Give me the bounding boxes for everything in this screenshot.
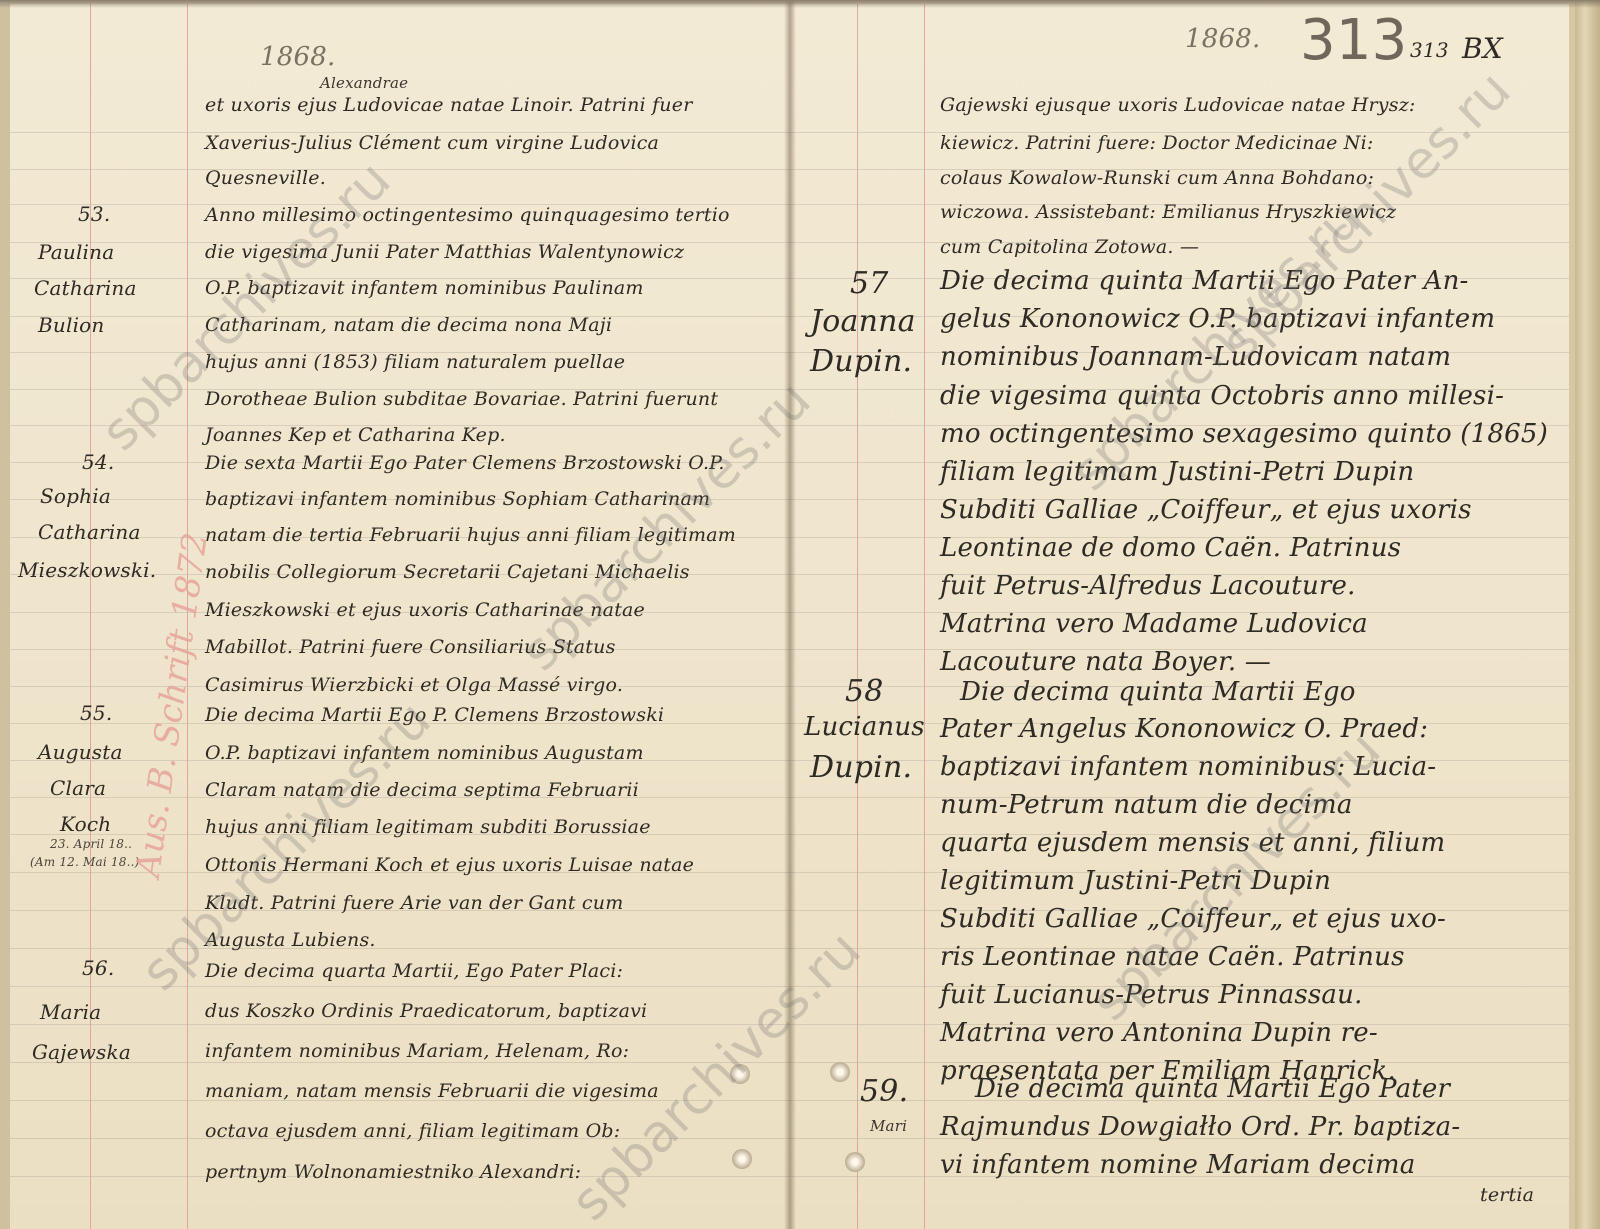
year-header: 1868. bbox=[260, 42, 335, 72]
entry-text-line: Lacouture nata Boyer. — bbox=[940, 647, 1271, 677]
entry-text-line: Augusta Lubiens. bbox=[205, 929, 376, 951]
entry-text-line: Joannes Kep et Catharina Kep. bbox=[205, 424, 506, 446]
entry-number: 56. bbox=[82, 956, 114, 980]
entry-text-line: die vigesima quinta Octobris anno milles… bbox=[940, 381, 1504, 411]
entry-text-line: ris Leontinae natae Caën. Patrinus bbox=[940, 942, 1405, 972]
entry-text-line: Die decima quinta Martii Ego bbox=[960, 677, 1356, 707]
entry-text-line: natam die tertia Februarii hujus anni fi… bbox=[205, 524, 736, 546]
entry-text-line: Die decima quarta Martii, Ego Pater Plac… bbox=[205, 960, 623, 982]
entry-text-line: baptizavi infantem nominibus: Lucia- bbox=[940, 752, 1436, 782]
entry-text-line: Catharinam, natam die decima nona Maji bbox=[205, 314, 612, 336]
entry-text-line: Subditi Galliae „Coiffeur„ et ejus uxori… bbox=[940, 495, 1472, 525]
entry-text-line: Casimirus Wierzbicki et Olga Massé virgo… bbox=[205, 674, 623, 696]
entry-number: 59. bbox=[860, 1074, 908, 1109]
folio-mark: BX bbox=[1462, 32, 1503, 65]
year-header: 1868. bbox=[1185, 24, 1260, 54]
margin-note: (Am 12. Mai 18..) bbox=[30, 855, 140, 869]
top-shadow bbox=[0, 0, 1600, 8]
entry-text-line: Matrina vero Madame Ludovica bbox=[940, 609, 1368, 639]
entry-name-line: Koch bbox=[60, 812, 111, 836]
entry-text-line: hujus anni (1853) filiam naturalem puell… bbox=[205, 351, 625, 373]
continuation-line: colaus Kowalow-Runski cum Anna Bohdano: bbox=[940, 167, 1374, 189]
paper-hole bbox=[730, 1064, 750, 1084]
red-stamp-annotation: Aus. B. Schrift 1872 bbox=[128, 530, 216, 879]
entry-text-line: dus Koszko Ordinis Praedicatorum, baptiz… bbox=[205, 1000, 647, 1022]
entry-text-line: Die decima quinta Martii Ego Pater An- bbox=[940, 266, 1469, 296]
entry-name-line: Mieszkowski. bbox=[18, 558, 156, 582]
entry-number: 57 bbox=[850, 266, 889, 301]
entry-name-line: Clara bbox=[50, 776, 106, 800]
entry-text-line: pertnym Wolnonamiestniko Alexandri: bbox=[205, 1161, 581, 1183]
entry-text-line: nobilis Collegiorum Secretarii Cajetani … bbox=[205, 561, 690, 583]
entry-text-line: legitimum Justini-Petri Dupin bbox=[940, 866, 1331, 896]
paper-hole bbox=[830, 1062, 850, 1082]
entry-name-line: Dupin. bbox=[810, 344, 912, 379]
entry-text-line: Die decima Martii Ego P. Clemens Brzosto… bbox=[205, 704, 664, 726]
entry-text-line: filiam legitimam Justini-Petri Dupin bbox=[940, 457, 1414, 487]
page-edges bbox=[1575, 0, 1600, 1229]
entry-text-line: Rajmundus Dowgiałło Ord. Pr. baptiza- bbox=[940, 1112, 1460, 1142]
entry-name-line: Maria bbox=[40, 1000, 101, 1024]
paper-hole bbox=[845, 1152, 865, 1172]
entry-text-line: Subditi Galliae „Coiffeur„ et ejus uxo- bbox=[940, 904, 1446, 934]
entry-text-line: fuit Lucianus-Petrus Pinnassau. bbox=[940, 980, 1363, 1010]
entry-text-line: Dorotheae Bulion subditae Bovariae. Patr… bbox=[205, 388, 718, 410]
entry-text-line: O.P. baptizavit infantem nominibus Pauli… bbox=[205, 277, 644, 299]
entry-name-line: Sophia bbox=[40, 484, 111, 508]
entry-number: 58 bbox=[845, 674, 884, 709]
entry-text-line: vi infantem nomine Mariam decima bbox=[940, 1150, 1415, 1180]
folio-number: 313 bbox=[1300, 8, 1408, 73]
left-page: 1868. Alexandrae et uxoris ejus Ludovica… bbox=[0, 4, 790, 1229]
continuation-line: cum Capitolina Zotowa. — bbox=[940, 236, 1199, 258]
entry-text-line: Mieszkowski et ejus uxoris Catharinae na… bbox=[205, 599, 645, 621]
entry-text-line: Die sexta Martii Ego Pater Clemens Brzos… bbox=[205, 452, 725, 474]
entry-text-line: octava ejusdem anni, filiam legitimam Ob… bbox=[205, 1120, 620, 1142]
entry-number: 54. bbox=[82, 450, 114, 474]
entry-text-line: Leontinae de domo Caën. Patrinus bbox=[940, 533, 1401, 563]
entry-text-line: fuit Petrus-Alfredus Lacouture. bbox=[940, 571, 1356, 601]
entry-name-line: Bulion bbox=[38, 313, 105, 337]
interlinear-insertion: Alexandrae bbox=[320, 74, 408, 92]
entry-name-line: Mari bbox=[870, 1117, 907, 1135]
paper-hole bbox=[732, 1149, 752, 1169]
entry-text-line: die vigesima Junii Pater Matthias Walent… bbox=[205, 241, 684, 263]
entry-text-line: Mabillot. Patrini fuere Consiliarius Sta… bbox=[205, 636, 616, 658]
entry-text-line: maniam, natam mensis Februarii die viges… bbox=[205, 1080, 659, 1102]
entry-text-line: quarta ejusdem mensis et anni, filium bbox=[940, 828, 1445, 858]
entry-name-line: Catharina bbox=[38, 520, 141, 544]
entry-name-line: Gajewska bbox=[32, 1040, 131, 1064]
entry-text-line: gelus Kononowicz O.P. baptizavi infantem bbox=[940, 304, 1495, 334]
folio-small: 313 bbox=[1410, 38, 1449, 62]
entry-number: 53. bbox=[78, 202, 110, 226]
entry-text-line: Ottonis Hermani Koch et ejus uxoris Luis… bbox=[205, 854, 694, 876]
continuation-line: et uxoris ejus Ludovicae natae Linoir. P… bbox=[205, 94, 692, 116]
entry-text-line: baptizavi infantem nominibus Sophiam Cat… bbox=[205, 488, 710, 510]
continuation-line: wiczowa. Assistebant: Emilianus Hryszkie… bbox=[940, 201, 1396, 223]
entry-text-line: nominibus Joannam-Ludovicam natam bbox=[940, 342, 1451, 372]
entry-text-line: Anno millesimo octingentesimo quinquages… bbox=[205, 204, 730, 226]
continuation-line: Gajewski ejusque uxoris Ludovicae natae … bbox=[940, 94, 1416, 116]
book-gutter bbox=[784, 0, 796, 1229]
entry-name-line: Catharina bbox=[34, 276, 137, 300]
entry-text-line: Matrina vero Antonina Dupin re- bbox=[940, 1018, 1378, 1048]
entry-name-line: Joanna bbox=[810, 304, 916, 339]
margin-note: 23. April 18.. bbox=[50, 837, 132, 851]
register-spread: 1868. Alexandrae et uxoris ejus Ludovica… bbox=[0, 0, 1600, 1229]
continuation-line: Xaverius-Julius Clément cum virgine Ludo… bbox=[205, 132, 659, 154]
continuation-line: Quesneville. bbox=[205, 167, 326, 189]
entry-text-line: infantem nominibus Mariam, Helenam, Ro: bbox=[205, 1040, 629, 1062]
entry-number: 55. bbox=[80, 701, 112, 725]
entry-text-line: mo octingentesimo sexagesimo quinto (186… bbox=[940, 419, 1548, 449]
entry-name-line: Augusta bbox=[38, 740, 123, 764]
entry-name-line: Dupin. bbox=[810, 750, 912, 785]
right-page: 1868. 313 313 BX Gajewski ejusque uxoris… bbox=[790, 4, 1575, 1229]
entry-text-line: Claram natam die decima septima Februari… bbox=[205, 779, 639, 801]
entry-text-line: hujus anni filiam legitimam subditi Boru… bbox=[205, 816, 651, 838]
entry-text-line: Die decima quinta Martii Ego Pater bbox=[975, 1074, 1450, 1104]
entry-text-line: num-Petrum natum die decima bbox=[940, 790, 1353, 820]
entry-text-line: tertia bbox=[1480, 1184, 1534, 1206]
entry-name-line: Paulina bbox=[38, 240, 114, 264]
entry-text-line: Pater Angelus Kononowicz O. Praed: bbox=[940, 714, 1428, 744]
entry-text-line: O.P. baptizavi infantem nominibus August… bbox=[205, 742, 644, 764]
entry-text-line: Kludt. Patrini fuere Arie van der Gant c… bbox=[205, 892, 623, 914]
margin-rule-left bbox=[857, 4, 858, 1229]
margin-rule-right bbox=[924, 4, 925, 1229]
entry-name-line: Lucianus bbox=[804, 712, 925, 742]
continuation-line: kiewicz. Patrini fuere: Doctor Medicinae… bbox=[940, 132, 1374, 154]
